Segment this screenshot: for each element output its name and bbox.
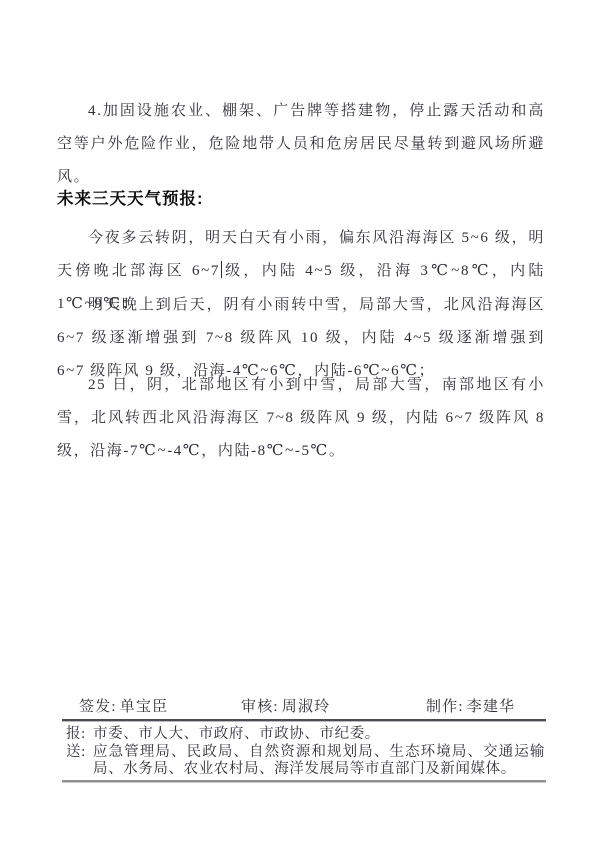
maker-label: 制作: [426,699,464,715]
reviewer-label: 审核: [241,699,279,715]
separator-line-bottom [62,780,546,782]
distribution-block: 报: 市委、市人大、市政府、市政协、市纪委。 送: 应急管理局、民政局、自然资源… [66,726,545,779]
report-to-row: 报: 市委、市人大、市政府、市政协、市纪委。 [66,726,545,744]
document-page[interactable]: 4.加固设施农业、棚架、广告牌等搭建物，停止露天活动和高空等户外危险作业，危险地… [0,0,599,854]
signoff-row: 签发:单宝臣 审核:周淑玲 制作:李建华 [57,695,545,717]
send-to-text: 应急管理局、民政局、自然资源和规划局、生态环境局、交通运输局、水务局、农业农村局… [93,744,545,779]
send-to-row: 送: 应急管理局、民政局、自然资源和规划局、生态环境局、交通运输局、水务局、农业… [66,744,545,779]
reviewer-signoff: 审核:周淑玲 [241,695,330,716]
maker-signoff: 制作:李建华 [426,695,515,716]
forecast-heading: 未来三天天气预报: [57,188,204,210]
reviewer-name: 周淑玲 [282,699,331,715]
paragraph-measure-4: 4.加固设施农业、棚架、广告牌等搭建物，停止露天活动和高空等户外危险作业，危险地… [57,95,545,194]
issuer-signoff: 签发:单宝臣 [79,695,168,716]
maker-name: 李建华 [467,699,516,715]
forecast-day3-paragraph: 25 日，阴，北部地区有小到中雪，局部大雪，南部地区有小雪，北风转西北风沿海海区… [57,369,545,468]
send-to-label: 送: [66,744,93,762]
issuer-label: 签发: [79,699,117,715]
report-to-text: 市委、市人大、市政府、市政协、市纪委。 [93,726,545,744]
separator-line-top [62,719,546,721]
report-to-label: 报: [66,726,93,744]
issuer-name: 单宝臣 [120,699,169,715]
